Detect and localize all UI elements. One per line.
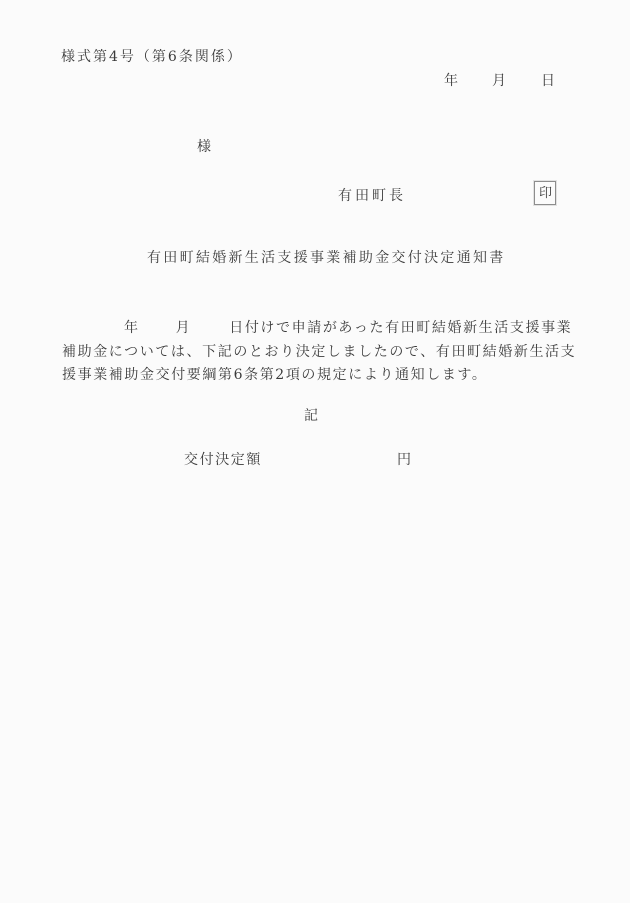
issue-date-month-blank <box>508 84 541 85</box>
seal-placeholder-box: 印 <box>534 181 556 205</box>
issue-date-line: 年月日 <box>444 73 557 89</box>
grant-amount-blank <box>262 463 397 464</box>
body-line-1: 年月日付けで申請があった有田町結婚新生活支援事業 <box>62 317 576 341</box>
body-month-label: 月 <box>176 320 192 336</box>
issue-date-day-label: 日 <box>541 73 557 89</box>
body-line-3: 援事業補助金交付要綱第6条第2項の規定により通知します。 <box>62 364 576 388</box>
body-month-blank <box>191 331 229 332</box>
form-number: 様式第4号（第6条関係） <box>61 49 243 65</box>
issuer-title: 有田町長 <box>338 188 406 204</box>
body-year-label: 年 <box>124 320 140 336</box>
body-line-1-text: 日付けで申請があった有田町結婚新生活支援事業 <box>229 320 572 336</box>
grant-amount-line: 交付決定額円 <box>184 452 413 468</box>
currency-unit-label: 円 <box>397 452 413 468</box>
body-date-indent <box>62 331 124 332</box>
grant-decision-notice-page: 様式第4号（第6条関係） 年月日 様 有田町長 印 有田町結婚新生活支援事業補助… <box>0 0 630 903</box>
body-paragraph: 年月日付けで申請があった有田町結婚新生活支援事業 補助金については、下記のとおり… <box>62 317 576 388</box>
body-year-blank <box>140 331 176 332</box>
grant-amount-label: 交付決定額 <box>184 452 262 468</box>
document-title: 有田町結婚新生活支援事業補助金交付決定通知書 <box>147 250 506 266</box>
addressee-honorific: 様 <box>197 139 213 155</box>
issue-date-month-label: 月 <box>492 73 508 89</box>
issue-date-year-label: 年 <box>444 73 460 89</box>
issue-date-year-blank <box>460 84 492 85</box>
body-line-2: 補助金については、下記のとおり決定しましたので、有田町結婚新生活支 <box>62 341 576 365</box>
record-marker: 記 <box>304 408 318 424</box>
